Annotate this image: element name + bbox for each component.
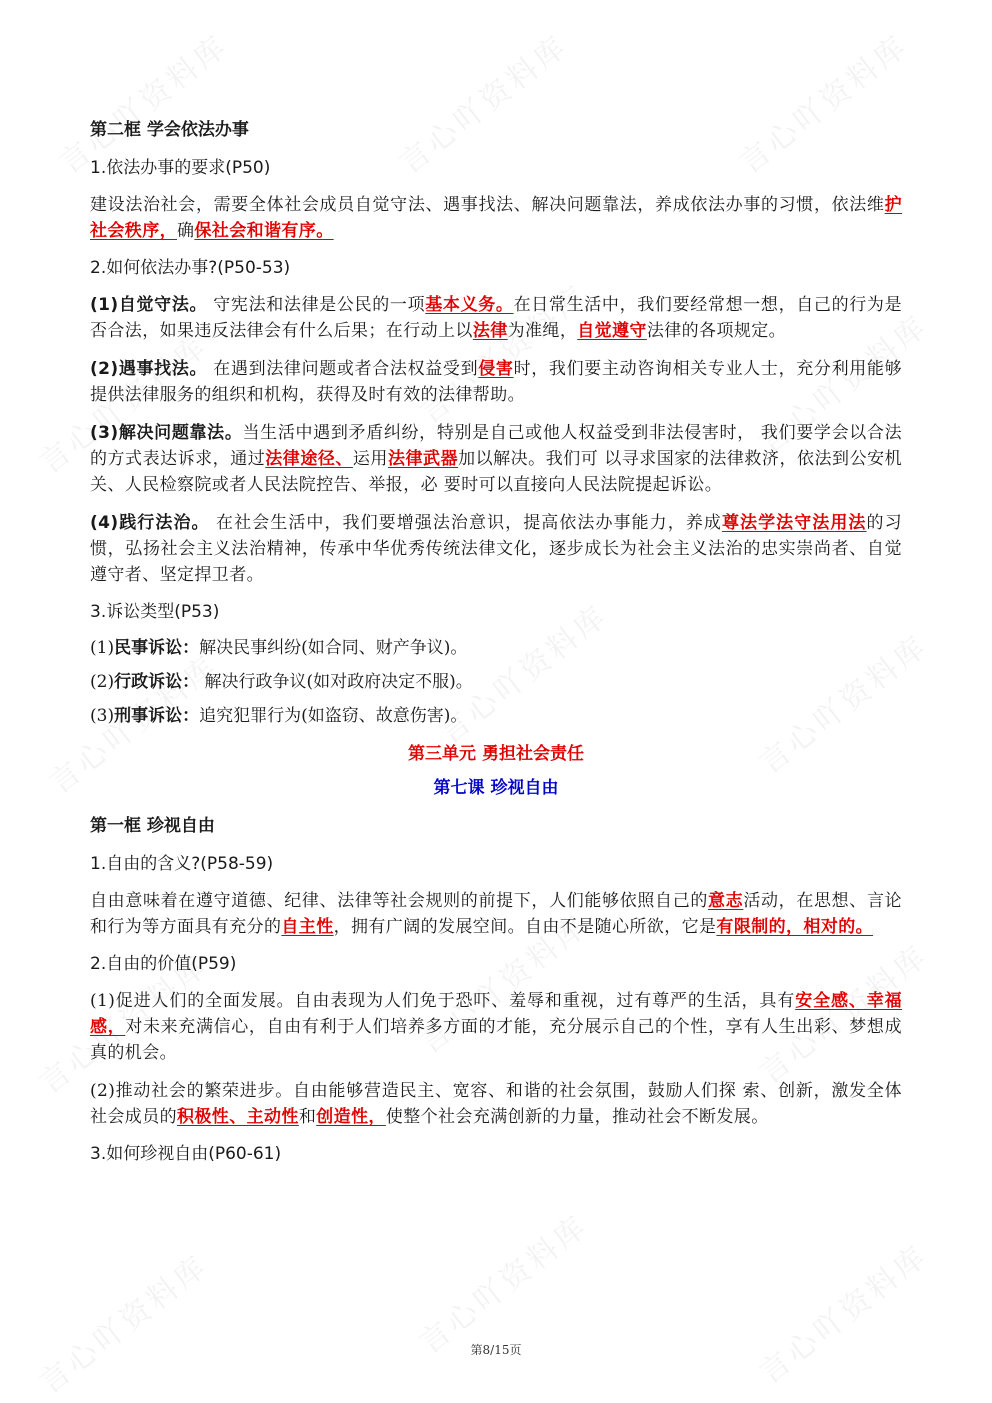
watermark: 言心吖资料库: [748, 1232, 936, 1392]
watermark: 言心吖资料库: [28, 1242, 216, 1402]
text: 自由意味着在遵守道德、纪律、法律等社会规则的前提下，人们能够依照自己的: [90, 891, 708, 911]
question-heading: 1.自由的含义?(P58-59): [90, 852, 902, 876]
item-label: 民事诉讼：: [114, 638, 199, 658]
lesson-title: 第七课 珍视自由: [90, 776, 902, 800]
text: 为准绳，: [508, 321, 578, 341]
highlight: 意志: [708, 891, 743, 911]
question-heading: 3.如何珍视自由(P60-61): [90, 1142, 902, 1166]
highlight: 有限制的，相对的。: [716, 917, 873, 937]
point-lead: (2)遇事找法。: [90, 359, 207, 379]
paragraph-freedom-value-2: (2)推动社会的繁荣进步。自由能够营造民主、宽容、和谐的社会氛围，鼓励人们探 索…: [90, 1078, 902, 1130]
point-lead: (4)践行法治。: [90, 513, 210, 533]
item-number: (2): [90, 672, 114, 692]
paragraph-point-4: (4)践行法治。 在社会生活中，我们要增强法治意识，提高依法办事能力，养成尊法学…: [90, 510, 902, 588]
frame-title: 第一框 珍视自由: [90, 814, 902, 838]
question-heading: 1.依法办事的要求(P50): [90, 156, 902, 180]
text: 使整个社会充满创新的力量，推动社会不断发展。: [386, 1107, 769, 1127]
item-text: 追究犯罪行为(如盗窃、故意伤害)。: [199, 706, 467, 726]
highlight: 法律武器: [388, 449, 458, 469]
point-lead: (3)解决问题靠法。: [90, 423, 243, 443]
highlight: 积极性、主动性: [177, 1107, 299, 1127]
text: ，拥有广阔的发展空间。自由不是随心所欲，它是: [334, 917, 717, 937]
text: 在社会生活中，我们要增强法治意识，提高依法办事能力，养成: [210, 513, 722, 533]
text: 在遇到法律问题或者合法权益受到: [207, 359, 478, 379]
page-number: 第8/15页: [0, 1341, 992, 1358]
item-text: 解决行政争议(如对政府决定不服)。: [199, 672, 473, 692]
highlight: 尊法学法守法用法: [722, 513, 867, 533]
highlight: 自觉遵守: [577, 321, 647, 341]
highlight: 侵害: [478, 359, 513, 379]
highlight: 创造性，: [316, 1107, 386, 1127]
paragraph-freedom-value-1: (1)促进人们的全面发展。自由表现为人们免于恐吓、羞辱和重视，过有尊严的生活，具…: [90, 988, 902, 1066]
question-heading: 2.如何依法办事?(P50-53): [90, 256, 902, 280]
highlight: 基本义务。: [425, 295, 513, 315]
highlight: 法律途径、: [265, 449, 353, 469]
text: 和: [299, 1107, 316, 1127]
paragraph-point-2: (2)遇事找法。 在遇到法律问题或者合法权益受到侵害时，我们要主动咨询相关专业人…: [90, 356, 902, 408]
text: 运用: [353, 449, 388, 469]
highlight: 保社会和谐有序。: [194, 221, 333, 241]
highlight: 法律: [473, 321, 508, 341]
lawsuit-type-item: (2)行政诉讼： 解决行政争议(如对政府决定不服)。: [90, 670, 902, 694]
lawsuit-type-item: (3)刑事诉讼：追究犯罪行为(如盗窃、故意伤害)。: [90, 704, 902, 728]
text: (1)促进人们的全面发展。自由表现为人们免于恐吓、羞辱和重视，过有尊严的生活，具…: [90, 991, 795, 1011]
lawsuit-type-item: (1)民事诉讼：解决民事纠纷(如合同、财产争议)。: [90, 636, 902, 660]
frame-title: 第二框 学会依法办事: [90, 118, 902, 142]
item-label: 刑事诉讼：: [114, 706, 199, 726]
question-heading: 3.诉讼类型(P53): [90, 600, 902, 624]
paragraph-lawful-conduct-requirement: 建设法治社会，需要全体社会成员自觉守法、遇事找法、解决问题靠法，养成依法办事的习…: [90, 192, 902, 244]
item-number: (3): [90, 706, 114, 726]
paragraph-freedom-meaning: 自由意味着在遵守道德、纪律、法律等社会规则的前提下，人们能够依照自己的意志活动，…: [90, 888, 902, 940]
paragraph-point-1: (1)自觉守法。 守宪法和法律是公民的一项基本义务。在日常生活中，我们要经常想一…: [90, 292, 902, 344]
document-page: 第二框 学会依法办事 1.依法办事的要求(P50) 建设法治社会，需要全体社会成…: [90, 118, 902, 1178]
unit-title: 第三单元 勇担社会责任: [90, 742, 902, 766]
item-label: 行政诉讼：: [114, 672, 199, 692]
text: 对未来充满信心，自由有利于人们培养多方面的才能，充分展示自己的个性，享有人生出彩…: [90, 1017, 902, 1063]
item-text: 解决民事纠纷(如合同、财产争议)。: [199, 638, 467, 658]
text: 建设法治社会，需要全体社会成员自觉守法、遇事找法、解决问题靠法，养成依法办事的习…: [90, 195, 885, 215]
text: 守宪法和法律是公民的一项: [207, 295, 425, 315]
text: 法律的各项规定。: [647, 321, 786, 341]
text: 确: [177, 221, 194, 241]
paragraph-point-3: (3)解决问题靠法。当生活中遇到矛盾纠纷，特别是自己或他人权益受到非法侵害时， …: [90, 420, 902, 498]
item-number: (1): [90, 638, 114, 658]
point-lead: (1)自觉守法。: [90, 295, 207, 315]
watermark: 言心吖资料库: [408, 1202, 596, 1362]
highlight: 自主性: [281, 917, 333, 937]
question-heading: 2.自由的价值(P59): [90, 952, 902, 976]
